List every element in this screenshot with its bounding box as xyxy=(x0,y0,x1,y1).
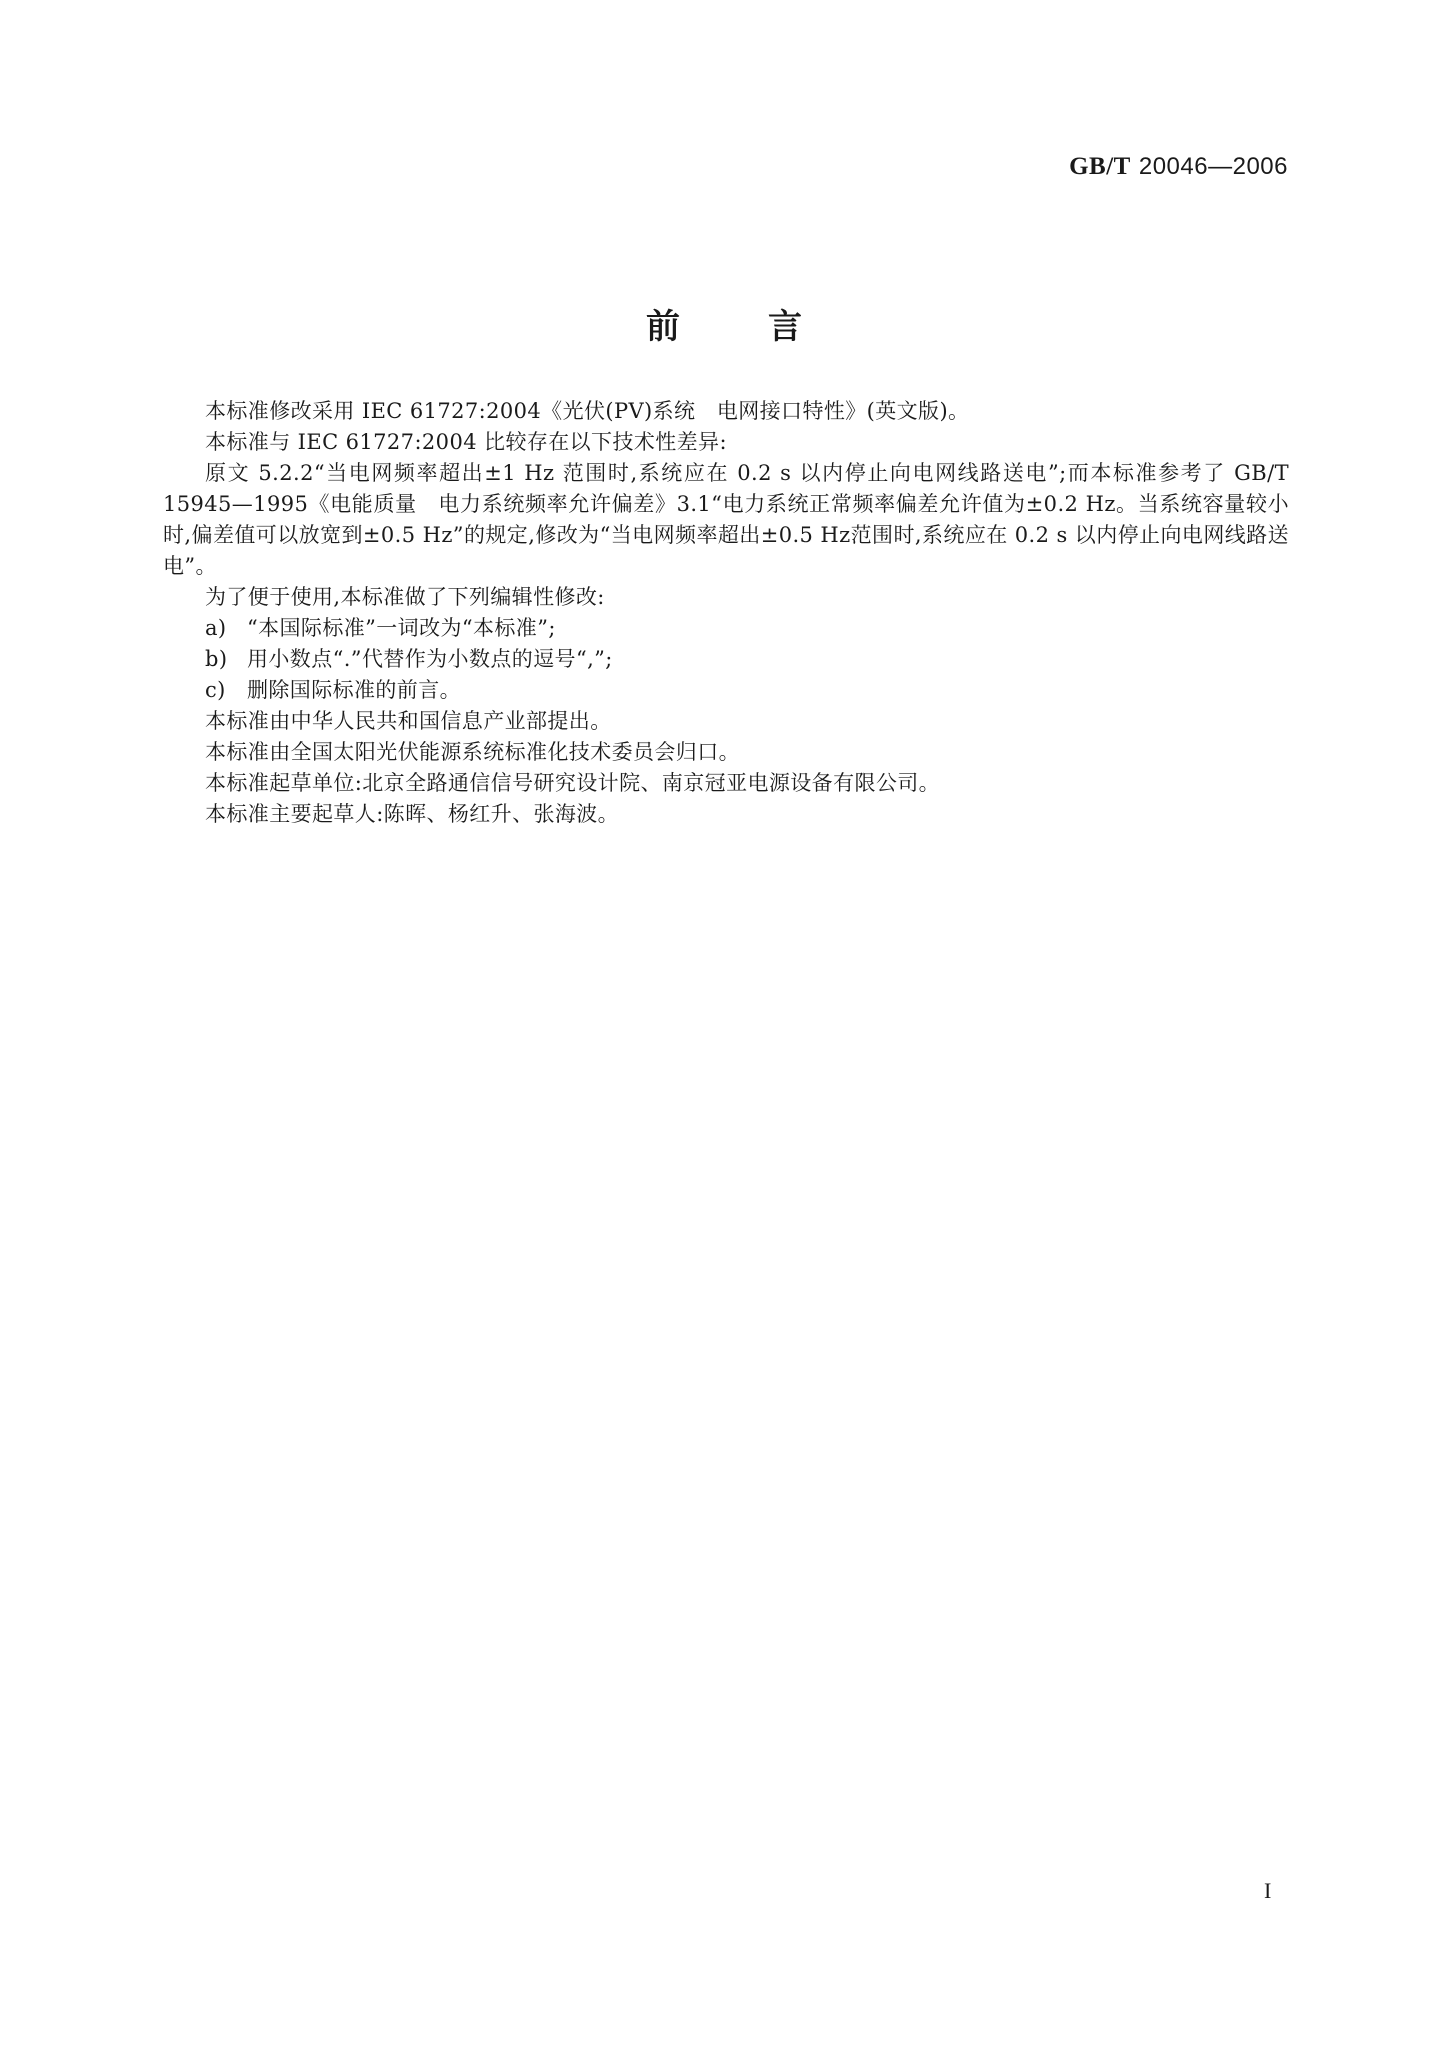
page-title: 前言 xyxy=(0,299,1448,348)
paragraph-centralized-by: 本标准由全国太阳光伏能源系统标准化技术委员会归口。 xyxy=(163,737,1289,768)
standard-code: GB/T20046—2006 xyxy=(1069,152,1288,181)
page-number: I xyxy=(1264,1878,1271,1904)
list-item-text: “本国际标准”一词改为“本标准”; xyxy=(247,616,556,640)
paragraph-adoption: 本标准修改采用 IEC 61727:2004《光伏(PV)系统 电网接口特性》(… xyxy=(163,396,1289,427)
paragraph-editorial-intro: 为了便于使用,本标准做了下列编辑性修改: xyxy=(163,582,1289,613)
list-item-text: 删除国际标准的前言。 xyxy=(247,678,461,702)
editorial-changes-list: a)“本国际标准”一词改为“本标准”; b)用小数点“.”代替作为小数点的逗号“… xyxy=(163,613,1289,706)
standard-prefix: GB/T xyxy=(1069,153,1131,180)
list-item: a)“本国际标准”一词改为“本标准”; xyxy=(163,613,1289,644)
list-marker: a) xyxy=(205,613,247,644)
paragraph-proposed-by: 本标准由中华人民共和国信息产业部提出。 xyxy=(163,706,1289,737)
paragraph-drafters: 本标准主要起草人:陈晖、杨红升、张海波。 xyxy=(163,799,1289,830)
list-item: c)删除国际标准的前言。 xyxy=(163,675,1289,706)
paragraph-drafting-units: 本标准起草单位:北京全路通信信号研究设计院、南京冠亚电源设备有限公司。 xyxy=(163,768,1289,799)
list-item: b)用小数点“.”代替作为小数点的逗号“,”; xyxy=(163,644,1289,675)
paragraph-differences-intro: 本标准与 IEC 61727:2004 比较存在以下技术性差异: xyxy=(163,427,1289,458)
standard-number: 20046—2006 xyxy=(1139,153,1288,180)
list-marker: b) xyxy=(205,644,247,675)
list-item-text: 用小数点“.”代替作为小数点的逗号“,”; xyxy=(247,647,613,671)
list-marker: c) xyxy=(205,675,247,706)
document-body: 本标准修改采用 IEC 61727:2004《光伏(PV)系统 电网接口特性》(… xyxy=(163,396,1289,830)
paragraph-technical-difference: 原文 5.2.2“当电网频率超出±1 Hz 范围时,系统应在 0.2 s 以内停… xyxy=(163,458,1289,582)
